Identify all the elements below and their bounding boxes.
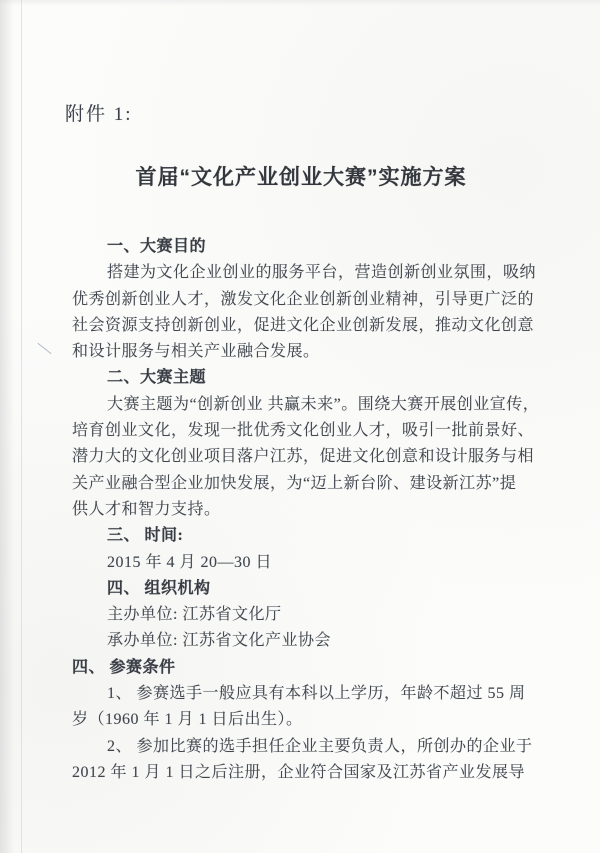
paragraph-line: 社会资源支持创新创业，促进文化企业创新发展，推动文化创意 <box>72 313 530 339</box>
paragraph-line: 培育创业文化，发现一批优秀文化创业人才，吸引一批前景好、 <box>72 418 530 444</box>
paragraph-line: 关产业融合型企业加快发展，为“迈上新台阶、建设新江苏”提 <box>72 471 530 497</box>
section-heading-conditions: 四、 参赛条件 <box>72 655 530 681</box>
paragraph-line: 搭建为文化企业创业的服务平台，营造创新创业氛围，吸纳 <box>72 260 530 286</box>
section-heading-purpose: 一、大赛目的 <box>72 234 530 260</box>
paragraph-line: 大赛主题为“创新创业 共赢未来”。围绕大赛开展创业宣传， <box>72 392 530 418</box>
paragraph-line: 潜力大的文化创业项目落户江苏，促进文化创意和设计服务与相 <box>72 444 530 470</box>
list-item-line: 1、 参赛选手一般应具有本科以上学历，年龄不超过 55 周 <box>72 681 530 707</box>
section-heading-time: 三、 时间: <box>72 523 530 549</box>
paragraph-line: 优秀创新创业人才，激发文化企业创新创业精神，引导更广泛的 <box>72 287 530 313</box>
scan-edge-shadow <box>0 0 14 853</box>
paragraph-line: 和设计服务与相关产业融合发展。 <box>72 339 530 365</box>
document-content: 附件 1: 首届“文化产业创业大赛”实施方案 一、大赛目的 搭建为文化企业创业的… <box>72 0 530 786</box>
document-body: 一、大赛目的 搭建为文化企业创业的服务平台，营造创新创业氛围，吸纳 优秀创新创业… <box>72 234 530 786</box>
section-heading-theme: 二、大赛主题 <box>72 365 530 391</box>
document-title: 首届“文化产业创业大赛”实施方案 <box>72 163 530 193</box>
scan-line-artifact <box>21 0 22 853</box>
host-unit-line: 主办单位: 江苏省文化厅 <box>72 602 530 628</box>
list-item-line: 2012 年 1 月 1 日之后注册，企业符合国家及江苏省产业发展导 <box>72 760 530 786</box>
list-item-line: 岁（1960 年 1 月 1 日后出生）。 <box>72 707 530 733</box>
paragraph-line: 供人才和智力支持。 <box>72 497 530 523</box>
organizer-unit-line: 承办单位: 江苏省文化产业协会 <box>72 628 530 654</box>
attachment-label: 附件 1: <box>65 0 530 129</box>
stray-pen-mark-artifact <box>37 343 51 354</box>
list-item-line: 2、 参加比赛的选手担任企业主要负责人，所创办的企业于 <box>72 734 530 760</box>
scanned-document-page: 附件 1: 首届“文化产业创业大赛”实施方案 一、大赛目的 搭建为文化企业创业的… <box>0 0 600 853</box>
date-line: 2015 年 4 月 20—30 日 <box>72 550 530 576</box>
section-heading-organization: 四、 组织机构 <box>72 576 530 602</box>
